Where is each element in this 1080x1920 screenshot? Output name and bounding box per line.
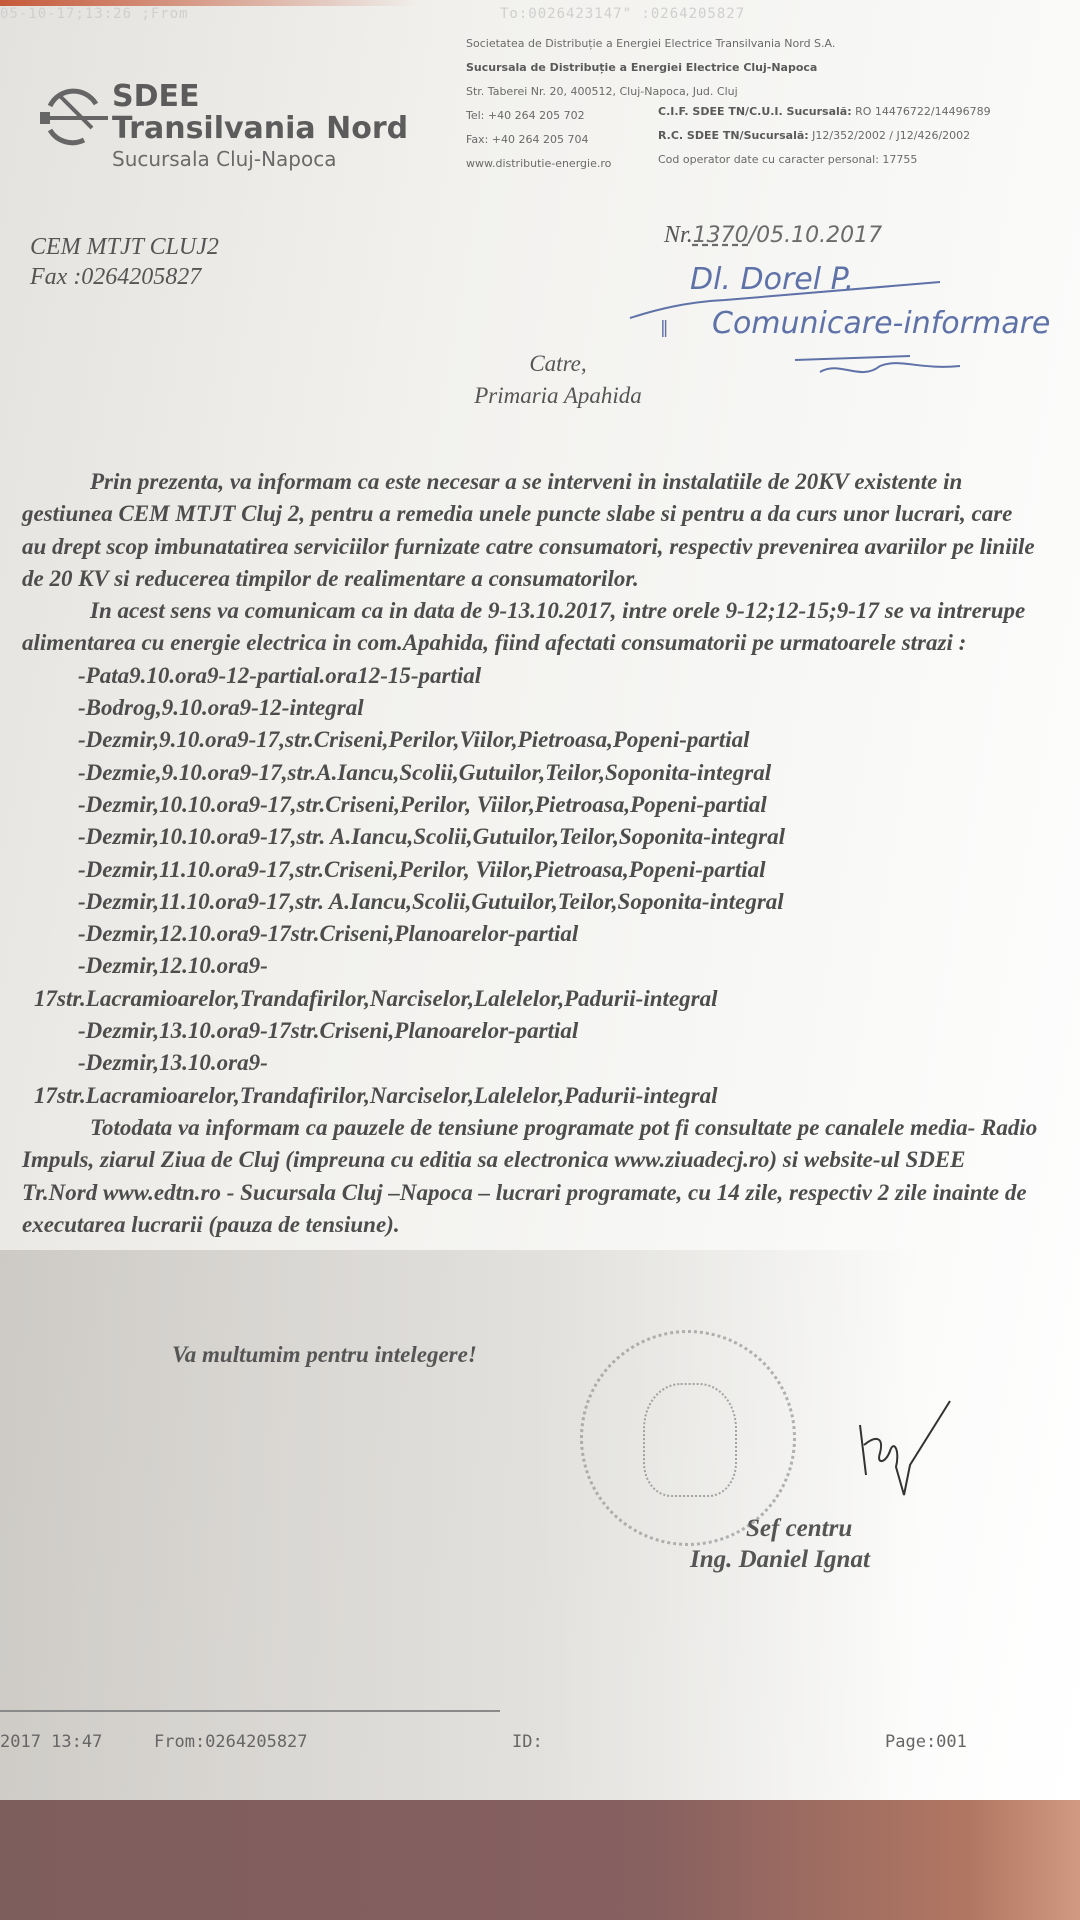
list-item: -Dezmir,10.10.ora9-17,str. A.Iancu,Scoli… <box>22 821 1042 853</box>
paragraph-media: Totodata va informam ca pauzele de tensi… <box>22 1112 1042 1241</box>
sender-block: CEM MTJT CLUJ2 Fax :0264205827 <box>30 232 219 292</box>
handwritten-mark: ‖ <box>660 318 669 338</box>
list-item: -Pata9.10.ora9-12-partial.ora12-15-parti… <box>22 660 1042 692</box>
fax-transmit-header-left: 05-10-17;13:26 ;From <box>0 6 189 22</box>
list-item: -Dezmir,13.10.ora9-17str.Criseni,Planoar… <box>22 1015 1042 1047</box>
signatory-name: Ing. Daniel Ignat <box>690 1546 870 1574</box>
registration-value: 1370 <box>693 223 749 248</box>
cif-label: C.I.F. SDEE TN/C.U.I. Sucursală: <box>658 105 852 118</box>
list-item: -Dezmir,12.10.ora9-17str.Criseni,Planoar… <box>22 918 1042 950</box>
letterhead-legal: C.I.F. SDEE TN/C.U.I. Sucursală: RO 1447… <box>658 100 991 172</box>
sender-fax: Fax :0264205827 <box>30 262 219 292</box>
handwritten-initials-icon <box>790 352 990 392</box>
list-item: -Dezmir,9.10.ora9-17,str.Criseni,Perilor… <box>22 724 1042 756</box>
list-item-continuation: 17str.Lacramioarelor,Trandafirilor,Narci… <box>22 983 1042 1015</box>
list-item: -Dezmir,13.10.ora9- <box>22 1047 1042 1079</box>
recipient-name: Primaria Apahida <box>408 380 708 412</box>
registration-prefix: Nr. <box>664 222 693 248</box>
logo-line1: SDEE <box>112 82 408 112</box>
logo-text: SDEE Transilvania Nord Sucursala Cluj-Na… <box>112 82 408 172</box>
fax-footer-id: ID: <box>512 1732 543 1752</box>
street-list: -Pata9.10.ora9-12-partial.ora12-15-parti… <box>22 660 1042 1112</box>
registration-number: Nr.1370/05.10.2017 <box>664 222 882 249</box>
list-item-continuation: 17str.Lacramioarelor,Trandafirilor,Narci… <box>22 1080 1042 1112</box>
official-stamp-icon <box>580 1330 796 1546</box>
company-name: Societatea de Distribuție a Energiei Ele… <box>466 32 835 56</box>
fax-transmit-header-right: To:0026423147" :0264205827 <box>500 6 745 22</box>
registration-date: 05.10.2017 <box>756 223 882 248</box>
recipient-block: Catre, Primaria Apahida <box>408 348 708 412</box>
logo-line3: Sucursala Cluj-Napoca <box>112 146 408 172</box>
branch-name: Sucursala de Distribuție a Energiei Elec… <box>466 56 835 80</box>
list-item: -Bodrog,9.10.ora9-12-integral <box>22 692 1042 724</box>
rc-value: J12/352/2002 / J12/426/2002 <box>812 129 970 142</box>
sdee-logo-icon <box>38 88 110 153</box>
list-item: -Dezmie,9.10.ora9-17,str.A.Iancu,Scolii,… <box>22 757 1042 789</box>
closing-thanks: Va multumim pentru intelegere! <box>172 1342 477 1368</box>
letter-body: Prin prezenta, va informam ca este neces… <box>22 466 1042 1241</box>
divider <box>0 1710 500 1712</box>
list-item: -Dezmir,12.10.ora9- <box>22 950 1042 982</box>
operator-code: Cod operator date cu caracter personal: … <box>658 148 991 172</box>
logo-line2: Transilvania Nord <box>112 112 408 146</box>
table-surface <box>0 1800 1080 1920</box>
fax-document: 05-10-17;13:26 ;From To:0026423147" :026… <box>0 0 1080 1800</box>
signature-icon <box>840 1395 960 1505</box>
list-item: -Dezmir,10.10.ora9-17,str.Criseni,Perilo… <box>22 789 1042 821</box>
paragraph-intro: Prin prezenta, va informam ca este neces… <box>22 466 1042 595</box>
sender-name: CEM MTJT CLUJ2 <box>30 232 219 262</box>
fax-footer-datetime: 2017 13:47 <box>0 1732 102 1752</box>
fax-footer-page: Page:001 <box>885 1732 967 1752</box>
signatory-title: Sef centru <box>746 1515 852 1543</box>
list-item: -Dezmir,11.10.ora9-17,str. A.Iancu,Scoli… <box>22 886 1042 918</box>
rc-label: R.C. SDEE TN/Sucursală: <box>658 129 809 142</box>
paragraph-schedule: In acest sens va comunicam ca in data de… <box>22 595 1042 660</box>
list-item: -Dezmir,11.10.ora9-17,str.Criseni,Perilo… <box>22 854 1042 886</box>
handwritten-note-subject: Comunicare-informare <box>712 306 1050 341</box>
fax-footer-from: From:0264205827 <box>154 1732 308 1752</box>
cif-value: RO 14476722/14496789 <box>855 105 990 118</box>
recipient-salutation: Catre, <box>408 348 708 380</box>
